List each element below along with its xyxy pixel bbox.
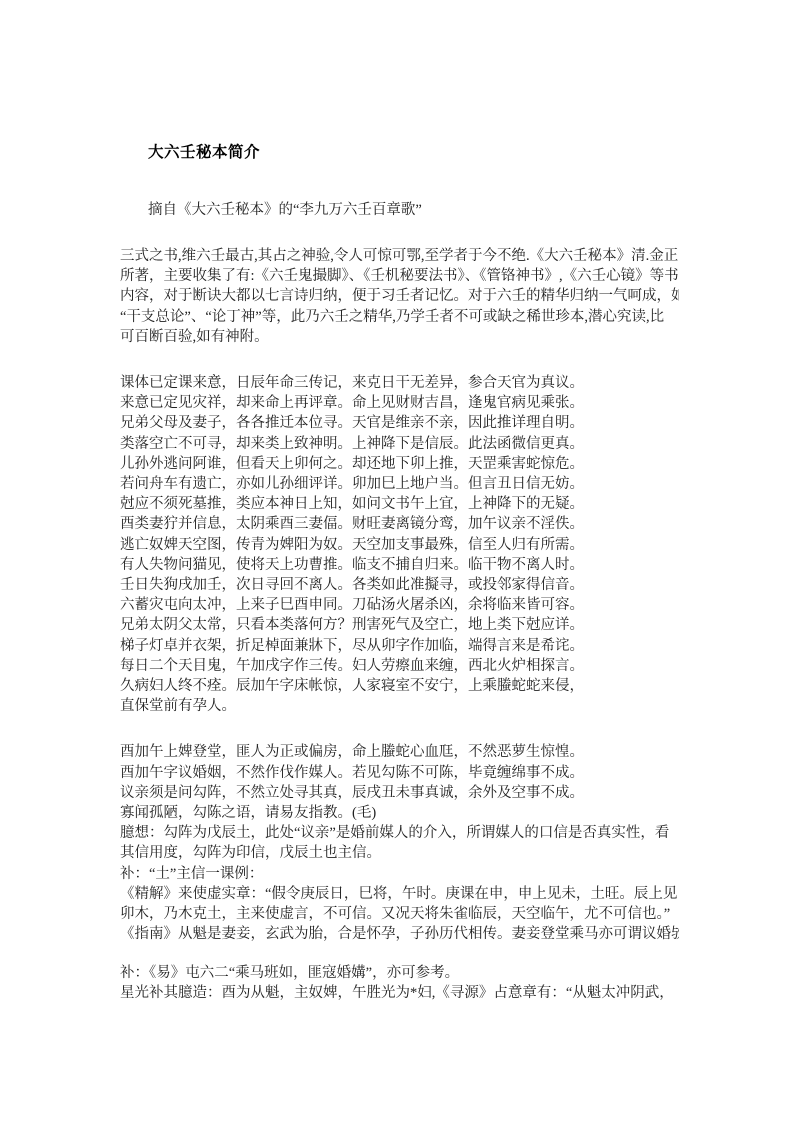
text-line: 其信用度，勾阵为印信，戊辰土也主信。 [120, 843, 679, 863]
text-line: 所著，主要收集了有:《六壬鬼撮脚》、《壬机秘要法书》、《管铬神书》,《六壬心镜》… [120, 266, 679, 286]
text-line: 可百断百验,如有神附。 [120, 327, 679, 347]
document-page: 大六壬秘本简介 摘自《大六壬秘本》的“李九万六壬百章歌” 三式之书,维六壬最古,… [0, 0, 793, 1122]
text-line: 六蓄灾屯向太冲，上来子巳酉申同。刀砧汤火屠杀凶，余将临来皆可容。 [120, 595, 679, 615]
intro-paragraph: 三式之书,维六壬最古,其占之神验,令人可惊可鄂,至学者于今不绝.《大六壬秘本》清… [120, 246, 679, 347]
text-line: 若问舟车有遗亡，亦如儿孙细评详。卯加巳上地户当。但言丑日信无妨。 [120, 474, 679, 494]
text-line: 议亲须是问勾阵，不然立处寻其真，辰戌丑未事真诚，余外及空事不成。 [120, 783, 679, 803]
text-line: 酉加午上婢登堂，匪人为正或偏房，命上螣蛇心血尫，不然恶萝生惊惶。 [120, 742, 679, 762]
text-line: 直保堂前有孕人。 [120, 696, 679, 716]
text-line: 臆想：勾阵为戊辰土，此处“议亲”是婚前媒人的介入，所谓媒人的口信是否真实性，看 [120, 823, 679, 843]
page-title: 大六壬秘本简介 [148, 143, 679, 163]
text-line: 酉类妻狞并信息，太阴乘酉三妻偪。财旺妻离镜分鸾，加午议亲不淫佚。 [120, 514, 679, 534]
text-line: 课体已定课来意，日辰年命三传记，来克日干无差异，参合天官为真议。 [120, 373, 679, 393]
text-line: 来意已定见灾祥，却来命上再评章。命上见财财吉昌，逢鬼官病见乘张。 [120, 393, 679, 413]
notes-block: 酉加午上婢登堂，匪人为正或偏房，命上螣蛇心血尫，不然恶萝生惊惶。酉加午字议婚姻，… [120, 742, 679, 944]
text-line: 星光补其臆造：酉为从魁，主奴婢，午胜光为*妇,《寻源》占意章有：“从魁太冲阴武， [120, 983, 679, 1003]
document-subtitle: 摘自《大六壬秘本》的“李九万六壬百章歌” [148, 200, 679, 220]
text-line: 三式之书,维六壬最古,其占之神验,令人可惊可鄂,至学者于今不绝.《大六壬秘本》清… [120, 246, 679, 266]
addendum-block: 补：《易》屯六二“乘马班如，匪寇婚媾”，亦可参考。星光补其臆造：酉为从魁，主奴婢… [120, 963, 679, 1003]
text-line: 补：“土”主信一课例： [120, 864, 679, 884]
text-line: 尅应不须死墓推，类应本神日上知，如问文书午上宜，上神降下的无疑。 [120, 494, 679, 514]
text-line: 有人失物问猫见，使将天上功曹推。临支不捕自归来。临干物不离人时。 [120, 555, 679, 575]
text-line: 寡闻孤陋，勾陈之语，请易友指教。(毛) [120, 803, 679, 823]
text-line: 壬日失狗戌加壬，次日寻回不离人。各类如此准擬寻，或投邻家得信音。 [120, 575, 679, 595]
text-line: 《指南》从魁是妻妾，玄武为胎，合是怀孕，子孙历代相传。妻妾登堂乘马亦可谓议婚欤？ [120, 924, 679, 944]
text-line: 兄弟太阴父太常，只看本类落何方？刑害死气及空亡，地上类下尅应详。 [120, 615, 679, 635]
text-line: 逃亡奴婢天空图，传青为婢阳为奴。天空加支事最殊，信至人归有所需。 [120, 535, 679, 555]
text-line: 儿孙外逃问阿谁，但看天上卯何之。却还地下卯上推，天罡乘害蛇惊危。 [120, 454, 679, 474]
text-line: 《精解》来使虚实章：“假令庚辰日，巳将，午时。庚课在申，申上见未，土旺。辰上见 [120, 884, 679, 904]
text-line: 久病妇人终不痊。辰加午字床帐惊，人家寝室不安宁，上乘螣蛇蛇来侵， [120, 676, 679, 696]
text-line: “干支总论”、“论丁神”等，此乃六壬之精华,乃学壬者不可或缺之稀世珍本,潜心究读… [120, 307, 679, 327]
text-line: 兄弟父母及妻子，各各推迁本位寻。天官是维亲不亲，因此推详理自明。 [120, 413, 679, 433]
text-line: 卯木，乃木克土，主来使虚言，不可信。又况天将朱雀临辰，天空临午，尤不可信也。” [120, 904, 679, 924]
text-line: 内容，对于断诀大都以七言诗归纳，便于习壬者记忆。对于六壬的精华归纳一气呵成，如 [120, 286, 679, 306]
text-line: 梯子灯卓并衣架，折足棹面兼牀下，尽从卯字作加临，端得言来是希诧。 [120, 636, 679, 656]
text-line: 每日二个天目鬼，午加戌字作三传。妇人劳瘵血来缠，西北火炉相探言。 [120, 656, 679, 676]
verse-block: 课体已定课来意，日辰年命三传记，来克日干无差异，参合天官为真议。来意已定见灾祥，… [120, 373, 679, 716]
text-line: 酉加午字议婚姻，不然作伐作媒人。若见勾陈不可陈，毕竟缠绵事不成。 [120, 763, 679, 783]
text-line: 类落空亡不可寻，却来类上致神明。上神降下是信辰。此法函微信更真。 [120, 434, 679, 454]
text-line: 补：《易》屯六二“乘马班如，匪寇婚媾”，亦可参考。 [120, 963, 679, 983]
